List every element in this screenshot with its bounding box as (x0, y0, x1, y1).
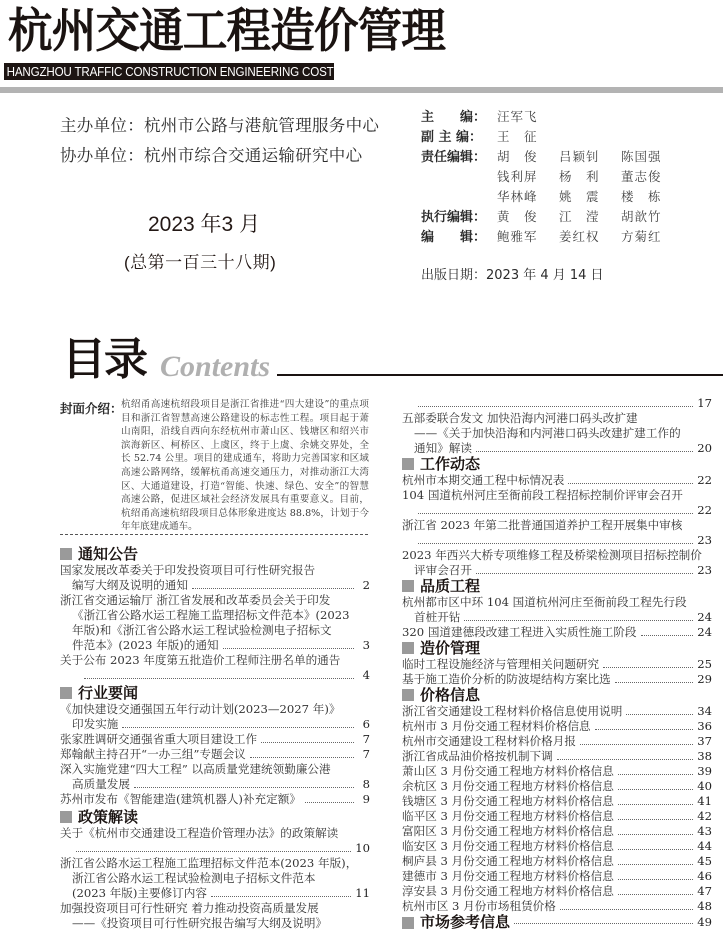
section-title: 品质工程 (420, 577, 480, 595)
editor-name: 江 滢 (559, 207, 621, 226)
toc-entry[interactable]: 萧山区 3 月份交通工程地方材料价格信息39 (402, 764, 712, 779)
page-number: 39 (697, 764, 712, 779)
toc-entry[interactable]: 临平区 3 月份交通工程地方材料价格信息42 (402, 809, 712, 824)
section-square-icon (60, 811, 72, 823)
entry-title: 104 国道杭州河庄至衙前段工程招标控制价评审会召开 (402, 488, 712, 503)
entry-title-cont: 评审会召开 (414, 563, 472, 578)
page-number: 48 (697, 899, 712, 914)
page-number: 20 (697, 441, 712, 456)
toc-entry[interactable]: 加强投资项目可行性研究 着力推动投资高质量发展 ——《投资项目可行性研究报告编写… (60, 901, 370, 931)
section-square-icon (60, 548, 72, 560)
dot-leader (618, 773, 693, 775)
editor-name: 楼 栋 (621, 187, 683, 206)
editor-name: 钱利屏 (497, 167, 559, 186)
issue-date: 2023 年3 月 (148, 208, 260, 238)
entry-title: 浙江省成品油价格按机制下调 (402, 749, 553, 764)
toc-entry[interactable]: 深入实施党建“四大工程” 以高质量党建统领勤廉公港 高质量发展8 (60, 762, 370, 792)
entry-title: 淳安县 3 月份交通工程地方材料价格信息 (402, 884, 614, 899)
dot-leader (618, 803, 693, 805)
entry-title-cont: (2023 年版)主要修订内容 (72, 886, 207, 901)
entry-title-cont: ——《投资项目可行性研究报告编写大纲及说明》 (60, 916, 370, 931)
toc-entry[interactable]: 富阳区 3 月份交通工程地方材料价格信息43 (402, 824, 712, 839)
toc-entry[interactable]: 关于公布 2023 年度第五批造价工程师注册名单的通告 4 (60, 653, 370, 683)
entry-title: 基于施工造价分析的防波堤结构方案比选 (402, 672, 611, 687)
page-number: 7 (358, 747, 370, 762)
toc-entry[interactable]: 余杭区 3 月份交通工程地方材料价格信息40 (402, 779, 712, 794)
toc-section-quality[interactable]: 品质工程 (402, 578, 712, 595)
toc-entry[interactable]: 建德市 3 月份交通工程地方材料价格信息46 (402, 869, 712, 884)
editor-name: 王 征 (497, 127, 559, 146)
editor-row-responsible-2: 钱利屏杨 利董志俊 (421, 167, 683, 187)
editor-row-responsible: 责任编辑：胡 俊吕颖钊陈国强 (421, 147, 683, 167)
dot-leader (464, 619, 693, 621)
editor-name: 杨 利 (559, 167, 621, 186)
page-number: 3 (358, 638, 370, 653)
issue-number: (总第一百三十八期) (124, 248, 276, 273)
toc-section-price-info[interactable]: 价格信息 (402, 687, 712, 704)
section-title: 价格信息 (420, 686, 480, 704)
dot-leader (618, 788, 693, 790)
page-number: 47 (697, 884, 712, 899)
editor-row-editors: 编 辑：鲍雅军姜红权方菊红 (421, 227, 683, 247)
toc-section-policy[interactable]: 政策解读 (60, 809, 370, 826)
page-number: 45 (697, 854, 712, 869)
page-number: 9 (358, 792, 370, 807)
editor-name: 黄 俊 (497, 207, 559, 226)
entry-title-cont: ——《关于加快沿海和内河港口码头改建扩建工作的 (402, 426, 712, 441)
page-number: 22 (697, 473, 712, 488)
entry-title: 临安区 3 月份交通工程地方材料价格信息 (402, 839, 614, 854)
section-square-icon (402, 689, 414, 701)
contents-heading-en: Contents (160, 350, 270, 384)
toc-right-column: 17 五部委联合发文 加快沿海内河港口码头改扩建 ——《关于加快沿海和内河港口码… (402, 396, 712, 931)
entry-title: 临平区 3 月份交通工程地方材料价格信息 (402, 809, 614, 824)
entry-title: 余杭区 3 月份交通工程地方材料价格信息 (402, 779, 614, 794)
dot-leader (76, 850, 351, 852)
dot-leader (557, 758, 694, 760)
entry-title: 浙江省 2023 年第二批普通国道养护工程开展集中审核 (402, 518, 712, 533)
toc-entry[interactable]: 临时工程设施经济与管理相关问题研究25 (402, 657, 712, 672)
toc-entry[interactable]: 关于《杭州市交通建设工程造价管理办法》的政策解读 10 (60, 826, 370, 856)
editor-label: 执行编辑： (421, 208, 497, 227)
page-number: 49 (697, 914, 712, 931)
entry-title: 深入实施党建“四大工程” 以高质量党建统领勤廉公港 (60, 762, 370, 777)
entry-title-cont: 通知》解读 (414, 441, 472, 456)
page-number: 23 (697, 533, 712, 548)
entry-title-cont: 《浙江省公路水运工程施工监理招标文件范本》(2023 (60, 608, 370, 623)
page-number: 42 (697, 809, 712, 824)
dot-leader (192, 587, 354, 589)
page-number: 7 (358, 732, 370, 747)
entry-title: 浙江省交通运输厅 浙江省发展和改革委员会关于印发 (60, 593, 370, 608)
editor-name: 吕颖钊 (559, 147, 621, 166)
entry-title: 张家胜调研交通强省重大项目建设工作 (60, 732, 257, 747)
toc-section-work-updates[interactable]: 工作动态 (402, 456, 712, 473)
page-number: 24 (697, 610, 712, 625)
entry-title: 建德市 3 月份交通工程地方材料价格信息 (402, 869, 614, 884)
editor-row-responsible-3: 华林峰姚 震楼 栋 (421, 187, 683, 207)
editor-label: 主 编： (421, 108, 497, 127)
magazine-subtitle-en: HANGZHOU TRAFFIC CONSTRUCTION ENGINEERIN… (4, 63, 334, 80)
editor-name: 胡歆竹 (621, 207, 683, 226)
entry-title: 加强投资项目可行性研究 着力推动投资高质量发展 (60, 901, 370, 916)
editor-row-executive: 执行编辑：黄 俊江 滢胡歆竹 (421, 207, 683, 227)
dot-leader (476, 450, 693, 452)
entry-title: 桐庐县 3 月份交通工程地方材料价格信息 (402, 854, 614, 869)
editor-row-chief: 主 编：汪军飞 (421, 107, 559, 127)
toc-entry[interactable]: 桐庐县 3 月份交通工程地方材料价格信息45 (402, 854, 712, 869)
section-square-icon (402, 580, 414, 592)
toc-entry[interactable]: 钱塘区 3 月份交通工程地方材料价格信息41 (402, 794, 712, 809)
page-number: 40 (697, 779, 712, 794)
dot-leader (595, 728, 694, 730)
section-square-icon (402, 917, 414, 929)
page-number: 46 (697, 869, 712, 884)
dot-leader (223, 647, 354, 649)
toc-entry[interactable]: 浙江省成品油价格按机制下调38 (402, 749, 712, 764)
dot-leader (211, 895, 351, 897)
entry-title: 杭州市区 3 月份市场租赁价格 (402, 899, 556, 914)
entry-title: 《加快建设交通强国五年行动计划(2023—2027 年)》 (60, 702, 370, 717)
entry-title: 苏州市发布《智能建造(建筑机器人)补充定额》 (60, 792, 301, 807)
page-number: 22 (697, 503, 712, 518)
toc-entry[interactable]: 320 国道建德段改建工程进入实质性施工阶段24 (402, 625, 712, 640)
editor-name: 姚 震 (559, 187, 621, 206)
toc-entry[interactable]: 104 国道杭州河庄至衙前段工程招标控制价评审会召开 22 (402, 488, 712, 518)
page-number: 25 (697, 657, 712, 672)
co-host-organization: 协办单位：杭州市综合交通运输研究中心 (60, 142, 362, 166)
section-square-icon (402, 642, 414, 654)
toc-entry[interactable]: 杭州市本期交通工程中标情况表22 (402, 473, 712, 488)
entry-title: 钱塘区 3 月份交通工程地方材料价格信息 (402, 794, 614, 809)
dot-leader (618, 848, 693, 850)
section-square-icon (402, 458, 414, 470)
toc-entry[interactable]: 浙江省交通建设工程材料价格信息使用说明34 (402, 704, 712, 719)
dot-leader (418, 405, 693, 407)
dot-leader (418, 542, 693, 544)
dot-leader (641, 634, 694, 636)
entry-title-cont: 首桩开钻 (414, 610, 460, 625)
editor-name: 胡 俊 (497, 147, 559, 166)
toc-entry[interactable]: 浙江省交通运输厅 浙江省发展和改革委员会关于印发 《浙江省公路水运工程施工监理招… (60, 593, 370, 653)
page-number: 6 (358, 717, 370, 732)
toc-left-column: 通知公告 国家发展改革委关于印发投资项目可行性研究报告 编写大纲及说明的通知2 … (60, 546, 370, 931)
entry-title-cont: 高质量发展 (72, 777, 130, 792)
toc-entry[interactable]: 杭州都市区中环 104 国道杭州河庄至衙前段工程先行段 首桩开钻24 (402, 595, 712, 625)
page-number: 29 (697, 672, 712, 687)
page-number: 4 (358, 668, 370, 683)
entry-title: 五部委联合发文 加快沿海内河港口码头改扩建 (402, 411, 712, 426)
dot-leader (250, 756, 354, 758)
editor-name: 鲍雅军 (497, 227, 559, 246)
toc-entry[interactable]: 杭州市区 3 月份市场租赁价格48 (402, 899, 712, 914)
page-number: 34 (697, 704, 712, 719)
toc-entry[interactable]: 杭州市交通建设工程材料价格月报37 (402, 734, 712, 749)
editor-name: 董志俊 (621, 167, 683, 186)
section-title: 市场参考信息 (420, 914, 510, 931)
dot-leader (261, 741, 354, 743)
dot-leader (618, 878, 693, 880)
dot-leader (618, 863, 693, 865)
toc-section-notices[interactable]: 通知公告 (60, 546, 370, 563)
toc-section-cost-management[interactable]: 造价管理 (402, 640, 712, 657)
contents-heading-cn: 目录 (62, 336, 146, 384)
page-number: 36 (697, 719, 712, 734)
cover-intro-label: 封面介绍： (60, 399, 123, 417)
toc-entry[interactable]: 2023 年西兴大桥专项维修工程及桥梁检测项目招标控制价 评审会召开23 (402, 548, 712, 578)
entry-title-cont: 编写大纲及说明的通知 (72, 578, 188, 593)
toc-entry[interactable]: 淳安县 3 月份交通工程地方材料价格信息47 (402, 884, 712, 899)
entry-title-cont: 年版)和《浙江省公路水运工程试验检测电子招标文 (60, 623, 370, 638)
page-number: 8 (358, 777, 370, 792)
editor-name: 陈国强 (621, 147, 683, 166)
page-number: 43 (697, 824, 712, 839)
cover-intro-text: 杭绍甬高速杭绍段项目是浙江省推进“四大建设”的重点项目和浙江省智慧高速公路建设的… (121, 398, 369, 534)
editor-label: 责任编辑： (421, 148, 497, 167)
toc-entry[interactable]: 杭州市 3 月份交通工程材料价格信息36 (402, 719, 712, 734)
dot-leader (122, 726, 354, 728)
dot-leader (568, 482, 693, 484)
editor-name: 方菊红 (621, 227, 683, 246)
entry-title: 关于公布 2023 年度第五批造价工程师注册名单的通告 (60, 653, 370, 668)
toc-entry[interactable]: 五部委联合发文 加快沿海内河港口码头改扩建 ——《关于加快沿海和内河港口码头改建… (402, 411, 712, 456)
section-title: 通知公告 (78, 545, 138, 563)
dot-leader (84, 677, 354, 679)
toc-section-market-reference[interactable]: 市场参考信息49 (402, 914, 712, 931)
editor-label: 副 主 编： (421, 128, 497, 147)
page-number: 24 (697, 625, 712, 640)
section-title: 工作动态 (420, 455, 480, 473)
toc-entry[interactable]: 苏州市发布《智能建造(建筑机器人)补充定额》9 (60, 792, 370, 807)
page-number: 37 (697, 734, 712, 749)
dot-leader (134, 786, 354, 788)
dot-leader (418, 512, 693, 514)
entry-title: 郑翰献主持召开“一办三组”专题会议 (60, 747, 246, 762)
section-square-icon (60, 687, 72, 699)
entry-title: 国家发展改革委关于印发投资项目可行性研究报告 (60, 563, 370, 578)
page-number: 44 (697, 839, 712, 854)
entry-title: 320 国道建德段改建工程进入实质性施工阶段 (402, 625, 637, 640)
entry-title: 杭州市本期交通工程中标情况表 (402, 473, 564, 488)
page-number: 38 (697, 749, 712, 764)
toc-entry[interactable]: 张家胜调研交通强省重大项目建设工作7 (60, 732, 370, 747)
editor-name: 华林峰 (497, 187, 559, 206)
toc-entry[interactable]: 《加快建设交通强国五年行动计划(2023—2027 年)》 印发实施6 (60, 702, 370, 732)
entry-title: 关于《杭州市交通建设工程造价管理办法》的政策解读 (60, 826, 370, 841)
toc-entry[interactable]: 浙江省公路水运工程施工监理招标文件范本(2023 年版)， 浙江省公路水运工程试… (60, 856, 370, 901)
editor-label: 编 辑： (421, 228, 497, 247)
toc-entry-continued[interactable]: 17 (402, 396, 712, 411)
toc-entry[interactable]: 国家发展改革委关于印发投资项目可行性研究报告 编写大纲及说明的通知2 (60, 563, 370, 593)
magazine-title: 杭州交通工程造价管理 (8, 6, 445, 58)
entry-title-cont: 浙江省公路水运工程试验检测电子招标文件范本 (60, 871, 370, 886)
section-title: 政策解读 (78, 808, 138, 826)
toc-section-industry-news[interactable]: 行业要闻 (60, 685, 370, 702)
entry-title: 临时工程设施经济与管理相关问题研究 (402, 657, 599, 672)
entry-title: 杭州市 3 月份交通工程材料价格信息 (402, 719, 591, 734)
editor-row-deputy: 副 主 编：王 征 (421, 127, 559, 147)
dot-leader (618, 893, 693, 895)
page-number: 11 (355, 886, 370, 901)
entry-title: 浙江省公路水运工程施工监理招标文件范本(2023 年版)， (60, 856, 370, 871)
page-number: 10 (355, 841, 370, 856)
section-title: 造价管理 (420, 639, 480, 657)
dot-leader (514, 922, 693, 924)
entry-title: 萧山区 3 月份交通工程地方材料价格信息 (402, 764, 614, 779)
toc-entry[interactable]: 基于施工造价分析的防波堤结构方案比选29 (402, 672, 712, 687)
page-number: 41 (697, 794, 712, 809)
section-title: 行业要闻 (78, 684, 138, 702)
entry-title: 浙江省交通建设工程材料价格信息使用说明 (402, 704, 622, 719)
editor-name: 汪军飞 (497, 107, 559, 126)
toc-entry[interactable]: 浙江省 2023 年第二批普通国道养护工程开展集中审核 23 (402, 518, 712, 548)
entry-title: 富阳区 3 月份交通工程地方材料价格信息 (402, 824, 614, 839)
toc-entry[interactable]: 临安区 3 月份交通工程地方材料价格信息44 (402, 839, 712, 854)
page-number: 23 (697, 563, 712, 578)
cover-intro-divider (60, 534, 368, 535)
entry-title-cont: 件范本》(2023 年版)的通知 (72, 638, 219, 653)
dot-leader (618, 833, 693, 835)
header-divider (0, 87, 723, 93)
page-number: 17 (697, 396, 712, 411)
dot-leader (603, 666, 693, 668)
dot-leader (580, 743, 693, 745)
dot-leader (615, 681, 694, 683)
entry-title: 2023 年西兴大桥专项维修工程及桥梁检测项目招标控制价 (402, 548, 712, 563)
host-organization: 主办单位：杭州市公路与港航管理服务中心 (60, 112, 379, 136)
dot-leader (626, 713, 693, 715)
entry-title: 杭州市交通建设工程材料价格月报 (402, 734, 576, 749)
publish-date: 出版日期：2023 年 4 月 14 日 (421, 264, 604, 283)
contents-rule (277, 374, 723, 376)
page-number: 2 (358, 578, 370, 593)
entry-title: 杭州都市区中环 104 国道杭州河庄至衙前段工程先行段 (402, 595, 712, 610)
dot-leader (618, 818, 693, 820)
dot-leader (305, 801, 354, 803)
entry-title-cont: 印发实施 (72, 717, 118, 732)
editor-name: 姜红权 (559, 227, 621, 246)
dot-leader (560, 908, 693, 910)
toc-entry[interactable]: 郑翰献主持召开“一办三组”专题会议7 (60, 747, 370, 762)
dot-leader (476, 572, 693, 574)
